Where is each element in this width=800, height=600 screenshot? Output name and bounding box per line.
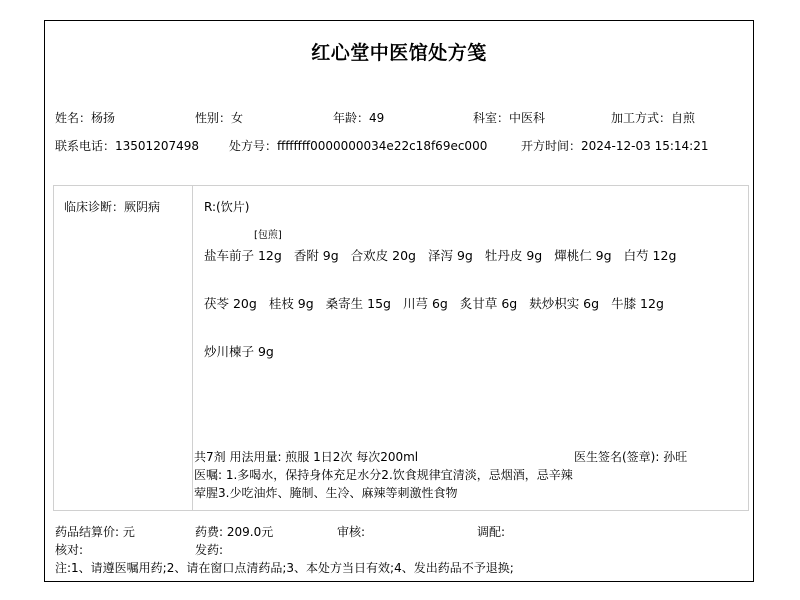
age-value: 49 (369, 111, 384, 125)
review: 审核: (337, 523, 365, 540)
herb-item: 炙甘草 6g (460, 296, 517, 311)
process-label: 加工方式： (611, 111, 671, 125)
phone-value: 13501207498 (115, 139, 199, 153)
patient-gender: 性别：女 (195, 109, 243, 126)
patient-phone: 联系电话：13501207498 (55, 137, 199, 154)
herb-item: 麸炒枳实 6g (529, 296, 599, 311)
herb-item: 桂枝 9g (269, 296, 314, 311)
herb-item: 盐车前子 12g (204, 248, 282, 263)
process-value: 自煎 (671, 111, 695, 125)
patient-age: 年龄：49 (333, 109, 384, 126)
column-divider (192, 186, 193, 510)
check: 核对: (55, 541, 83, 558)
herb-item: 燀桃仁 9g (554, 248, 611, 263)
dept-label: 科室： (473, 111, 509, 125)
patient-name: 姓名：杨扬 (55, 109, 115, 126)
doctor-name: 孙旺 (663, 450, 687, 464)
phone-label: 联系电话： (55, 139, 115, 153)
dispense-prep: 调配: (477, 523, 505, 540)
herb-item: 泽泻 9g (428, 248, 473, 263)
herb-item: 香附 9g (294, 248, 339, 263)
prescription-box: 临床诊断：厥阴病 R:(饮片) [包煎] 盐车前子 12g 香附 9g 合欢皮 … (53, 185, 749, 511)
herb-item: 茯苓 20g (204, 296, 257, 311)
check-row: 核对: 发药: (55, 541, 745, 557)
herb-item: 桑寄生 15g (326, 296, 391, 311)
herb-item: 牡丹皮 9g (485, 248, 542, 263)
rx-no-label: 处方号： (229, 139, 277, 153)
contact-info-row: 联系电话：13501207498 处方号：ffffffff0000000034e… (55, 137, 745, 153)
herb-item: 川芎 6g (403, 296, 448, 311)
decoction-note: [包煎] (254, 226, 282, 241)
herb-item: 牛膝 12g (611, 296, 664, 311)
page-title: 红心堂中医馆处方笺 (45, 38, 753, 65)
diagnosis-value: 厥阴病 (124, 200, 160, 214)
herb-item: 炒川楝子 9g (204, 344, 274, 359)
prescription-number: 处方号：ffffffff0000000034e22c18f69ec000 (229, 137, 487, 154)
herb-item: 合欢皮 20g (351, 248, 416, 263)
diagnosis-label: 临床诊断： (64, 200, 124, 214)
doctor-label: 医生签名(签章): (574, 450, 659, 464)
herb-item: 白芍 12g (624, 248, 677, 263)
rx-time-label: 开方时间： (521, 139, 581, 153)
drug-fee: 药费: 209.0元 (195, 523, 273, 540)
rx-no-value: ffffffff0000000034e22c18f69ec000 (277, 139, 487, 153)
settle-price: 药品结算价: 元 (55, 523, 135, 540)
process-method: 加工方式：自煎 (611, 109, 695, 126)
gender-label: 性别： (195, 111, 231, 125)
prescription-sheet: 红心堂中医馆处方笺 姓名：杨扬 性别：女 年龄：49 科室：中医科 加工方式：自… (44, 20, 754, 582)
patient-info-row: 姓名：杨扬 性别：女 年龄：49 科室：中医科 加工方式：自煎 (55, 109, 745, 125)
patient-dept: 科室：中医科 (473, 109, 545, 126)
herb-line-3: 炒川楝子 9g (204, 342, 282, 360)
usage-dosage: 共7剂 用法用量: 煎服 1日2次 每次200ml (194, 448, 418, 465)
rx-type: R:(饮片) (204, 198, 249, 215)
rx-time-value: 2024-12-03 15:14:21 (581, 139, 708, 153)
name-value: 杨扬 (91, 111, 115, 125)
doctor-signature: 医生签名(签章): 孙旺 (574, 448, 687, 465)
name-label: 姓名： (55, 111, 91, 125)
prescription-time: 开方时间：2024-12-03 15:14:21 (521, 137, 708, 154)
dispense: 发药: (195, 541, 223, 558)
gender-value: 女 (231, 111, 243, 125)
herb-line-2: 茯苓 20g 桂枝 9g 桑寄生 15g 川芎 6g 炙甘草 6g 麸炒枳实 6… (204, 294, 672, 312)
fee-row: 药品结算价: 元 药费: 209.0元 审核: 调配: (55, 523, 745, 539)
age-label: 年龄： (333, 111, 369, 125)
medical-advice: 医嘱: 1.多喝水，保持身体充足水分2.饮食规律宜清淡，忌烟酒，忌辛辣荤腥3.少… (194, 466, 579, 502)
clinical-diagnosis: 临床诊断：厥阴病 (64, 198, 160, 215)
dept-value: 中医科 (509, 111, 545, 125)
notes: 注:1、请遵医嘱用药;2、请在窗口点清药品;3、本处方当日有效;4、发出药品不予… (55, 559, 514, 576)
herb-line-1: 盐车前子 12g 香附 9g 合欢皮 20g 泽泻 9g 牡丹皮 9g 燀桃仁 … (204, 246, 684, 264)
